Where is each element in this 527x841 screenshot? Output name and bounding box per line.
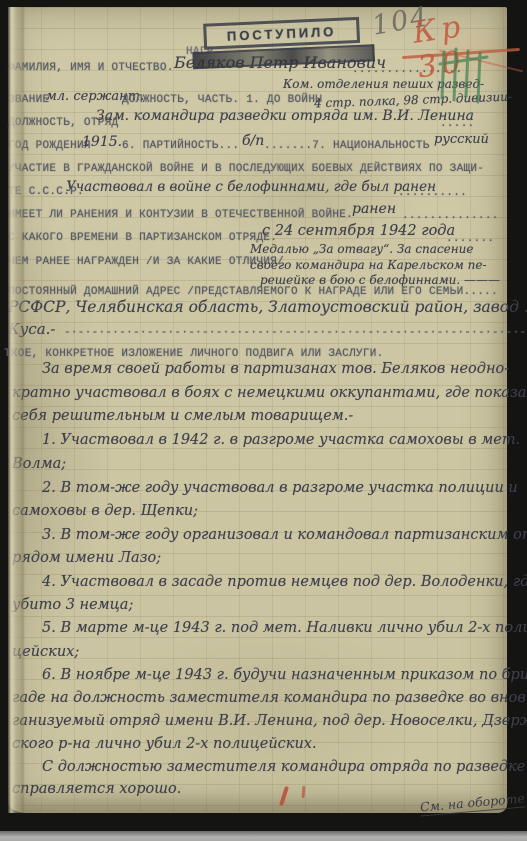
feat-line: самоховы в дер. Щепки; xyxy=(12,503,198,519)
feat-line: 4. Участвовал в засаде против немцев под… xyxy=(42,574,527,590)
feat-line: 6. В ноябре м-це 1943 г. будучи назначен… xyxy=(42,667,527,683)
feat-line: кратно участвовал в боях с немецкими окк… xyxy=(12,385,527,401)
address-value-line2: Куса.- xyxy=(8,320,56,338)
address-label: ПОСТОЯННЫЙ ДОМАШНИЙ АДРЕС /ПРЕДСТАВЛЯЕМО… xyxy=(8,286,498,298)
birth-year-value: 1915. xyxy=(82,134,122,150)
feat-line: ганизуемый отряд имени В.И. Ленина, под … xyxy=(12,713,527,729)
stamp-title: ПОСТУПИЛО xyxy=(203,17,360,50)
feat-line: Волма; xyxy=(12,456,66,472)
address-dash-line: -·-·-·-·-·-·-·-·-·-·-·-·-·-·-·-·-·-·-·-·… xyxy=(64,327,526,339)
party-value: б/п xyxy=(242,133,264,149)
awards-value: своего командира на Карельском пе- xyxy=(250,258,487,272)
rank-label: ЗВАНИЕ xyxy=(8,94,49,106)
document-scan: НАГР ПОСТУПИЛО 104 Кр 30 ФАМИЛИЯ, ИМЯ И … xyxy=(0,0,527,841)
feat-line: рядом имени Лазо; xyxy=(12,550,161,566)
awards-above-value: Медалью „За отвагу“. За спасение xyxy=(250,242,474,256)
nationality-value: русский xyxy=(434,132,489,147)
wounds-dots: .............. xyxy=(402,210,499,222)
feat-line: цейских; xyxy=(12,644,79,660)
feat-line: За время своей работы в партизанах тов. … xyxy=(42,361,509,377)
unit-dots: ..... xyxy=(440,118,475,130)
feat-line: 3. В том-же году организовал и командова… xyxy=(42,527,527,543)
awards-below-value: решейке в бою с белофиннами. ——— xyxy=(260,273,500,287)
green-check-mark xyxy=(437,44,491,106)
feat-line: себя решительным и смелым товарищем.- xyxy=(12,408,353,424)
feat-heading: ТКОЕ, КОНКРЕТНОЕ ИЗЛОЖЕНИЕ ЛИЧНОГО ПОДВИ… xyxy=(4,348,384,360)
wounds-label: ИМЕЕТ ЛИ РАНЕНИЯ И КОНТУЗИИ В ОТЕЧЕСТВЕН… xyxy=(8,209,353,221)
scanner-bed xyxy=(0,831,527,841)
nationality-label: .......7. НАЦИОНАЛЬНОСТЬ xyxy=(264,140,430,152)
feat-line: 1. Участвовал в 1942 г. в разгроме участ… xyxy=(42,432,520,448)
since-label: С КАКОГО ВРЕМЕНИ В ПАРТИЗАНСКОМ ОТРЯДЕ. xyxy=(8,232,277,244)
feat-line: 2. В том-же году участвовал в разгроме у… xyxy=(42,480,518,496)
name-label: ФАМИЛИЯ, ИМЯ И ОТЧЕСТВО. xyxy=(8,62,174,74)
civil-war-dots: .......... xyxy=(398,187,467,199)
address-value-line1: РСФСР, Челябинская область, Златоустовск… xyxy=(8,298,527,316)
birth-year-label: ГОД РОЖДЕНИЯ xyxy=(8,140,91,152)
since-value: с 24 сентября 1942 года xyxy=(262,223,455,239)
feat-line: ского р-на лично убил 2-х полицейских. xyxy=(12,736,317,752)
position-label: ДОЛЖНОСТЬ, ЧАСТЬ. 1. ДО ВОЙНЫ xyxy=(122,94,322,106)
feat-line: С должностью заместителя командира отряд… xyxy=(42,759,525,775)
feat-line: справляется хорошо. xyxy=(12,781,181,797)
unit-value: Зам. командира разведки отряда им. В.И. … xyxy=(96,108,474,124)
civil-war-value: Участвовал в войне с белофиннами, где бы… xyxy=(66,179,436,195)
party-label: 6. ПАРТИЙНОСТЬ... xyxy=(122,140,239,152)
feat-line: гаде на должность заместителя командира … xyxy=(12,690,527,706)
feat-line: 5. В марте м-це 1943 г. под мет. Наливки… xyxy=(42,620,527,636)
civil-war-line: УЧАСТИЕ В ГРАЖДАНСКОЙ ВОЙНЕ И В ПОСЛЕДУЮ… xyxy=(8,163,484,175)
wounds-value: ранен xyxy=(352,201,396,217)
awards-label: ЧЕМ РАНЕЕ НАГРАЖДЕН /И ЗА КАКИЕ ОТЛИЧИЯ/ xyxy=(8,256,284,268)
feat-line: убито 3 немца; xyxy=(12,597,133,613)
postupilo-stamp: ПОСТУПИЛО xyxy=(203,16,375,68)
